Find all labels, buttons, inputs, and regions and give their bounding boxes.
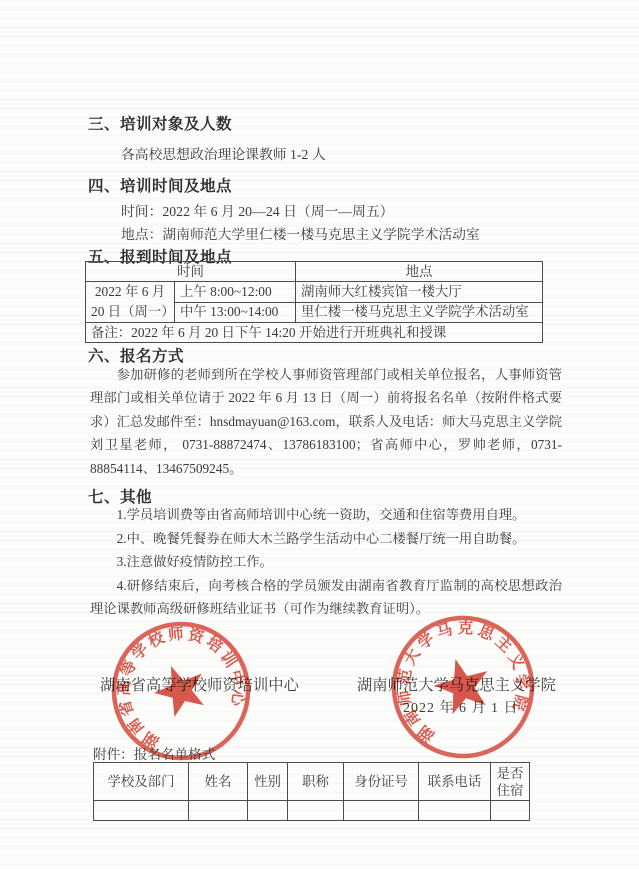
section4-heading: 四、培训时间及地点 xyxy=(88,174,232,196)
signup-header-title: 职称 xyxy=(288,763,344,801)
empty-cell xyxy=(94,801,189,821)
signup-form-table: 学校及部门 姓名 性别 职称 身份证号 联系电话 是否住宿 xyxy=(93,762,530,821)
signup-header-id: 身份证号 xyxy=(344,763,419,801)
signup-header-lodging: 是否住宿 xyxy=(491,763,530,801)
checkin-header-place: 地点 xyxy=(296,262,543,282)
checkin-time-cell: 中午 13:00~14:00 xyxy=(175,302,296,323)
empty-cell xyxy=(288,801,344,821)
section7-item: 1.学员培训费等由省高师培训中心统一资助，交通和住宿等费用自理。 xyxy=(90,503,562,527)
empty-cell xyxy=(189,801,248,821)
scanned-document-page: 三、培训对象及人数 各高校思想政治理论课教师 1-2 人 四、培训时间及地点 时… xyxy=(0,0,639,869)
signup-header-school: 学校及部门 xyxy=(94,763,189,801)
seal-right-group: 湖南师范大学马克思主义学院 xyxy=(387,611,539,763)
signup-table-empty-row xyxy=(94,801,530,821)
checkin-place-cell: 里仁楼一楼马克思主义学院学术活动室 xyxy=(296,302,543,323)
empty-cell xyxy=(419,801,491,821)
signup-header-name: 姓名 xyxy=(189,763,248,801)
seal-left-star-icon xyxy=(147,656,213,721)
section6-paragraph: 参加研修的老师到所在学校人事师资管理部门或相关单位报名，人事师资管理部门或相关单… xyxy=(90,363,562,480)
checkin-date-cell: 2022 年 6 月 20 日（周一） xyxy=(86,282,175,323)
empty-cell xyxy=(248,801,288,821)
checkin-date-line1: 2022 年 6 月 xyxy=(91,282,169,302)
attachment-label: 附件：报名名单格式 xyxy=(93,743,215,763)
section7-items: 1.学员培训费等由省高师培训中心统一资助，交通和住宿等费用自理。 2.中、晚餐凭… xyxy=(90,503,562,621)
checkin-table-header-row: 时间 地点 xyxy=(86,262,543,282)
section7-item: 3.注意做好疫情防控工作。 xyxy=(90,550,562,574)
section3-heading: 三、培训对象及人数 xyxy=(88,112,232,134)
signup-table-header-row: 学校及部门 姓名 性别 职称 身份证号 联系电话 是否住宿 xyxy=(94,763,530,801)
section4-time-line: 时间：2022 年 6 月 20—24 日（周一—周五） xyxy=(121,200,394,220)
checkin-header-time: 时间 xyxy=(86,262,296,282)
red-seal-stamp-right: 湖南师范大学马克思主义学院 xyxy=(387,611,539,763)
section7-item: 2.中、晚餐凭餐券在师大木兰路学生活动中心二楼餐厅统一用自助餐。 xyxy=(90,527,562,551)
checkin-table-note-row: 备注：2022 年 6 月 20 日下午 14:20 开始进行开班典礼和授课 xyxy=(86,323,543,343)
checkin-date-line2: 20 日（周一） xyxy=(91,302,169,322)
empty-cell xyxy=(344,801,419,821)
signup-header-gender: 性别 xyxy=(248,763,288,801)
checkin-time-cell: 上午 8:00~12:00 xyxy=(175,282,296,303)
empty-cell xyxy=(491,801,530,821)
seal-right-star-icon xyxy=(429,652,496,717)
section3-body: 各高校思想政治理论课教师 1-2 人 xyxy=(121,143,326,163)
checkin-note-cell: 备注：2022 年 6 月 20 日下午 14:20 开始进行开班典礼和授课 xyxy=(86,323,543,343)
checkin-place-cell: 湖南师大红楼宾馆一楼大厅 xyxy=(296,282,543,303)
section4-place-line: 地点：湖南师范大学里仁楼一楼马克思主义学院学术活动室 xyxy=(121,223,480,243)
signup-header-phone: 联系电话 xyxy=(419,763,491,801)
checkin-table-row: 2022 年 6 月 20 日（周一） 上午 8:00~12:00 湖南师大红楼… xyxy=(86,282,543,303)
checkin-table: 时间 地点 2022 年 6 月 20 日（周一） 上午 8:00~12:00 … xyxy=(85,261,543,343)
